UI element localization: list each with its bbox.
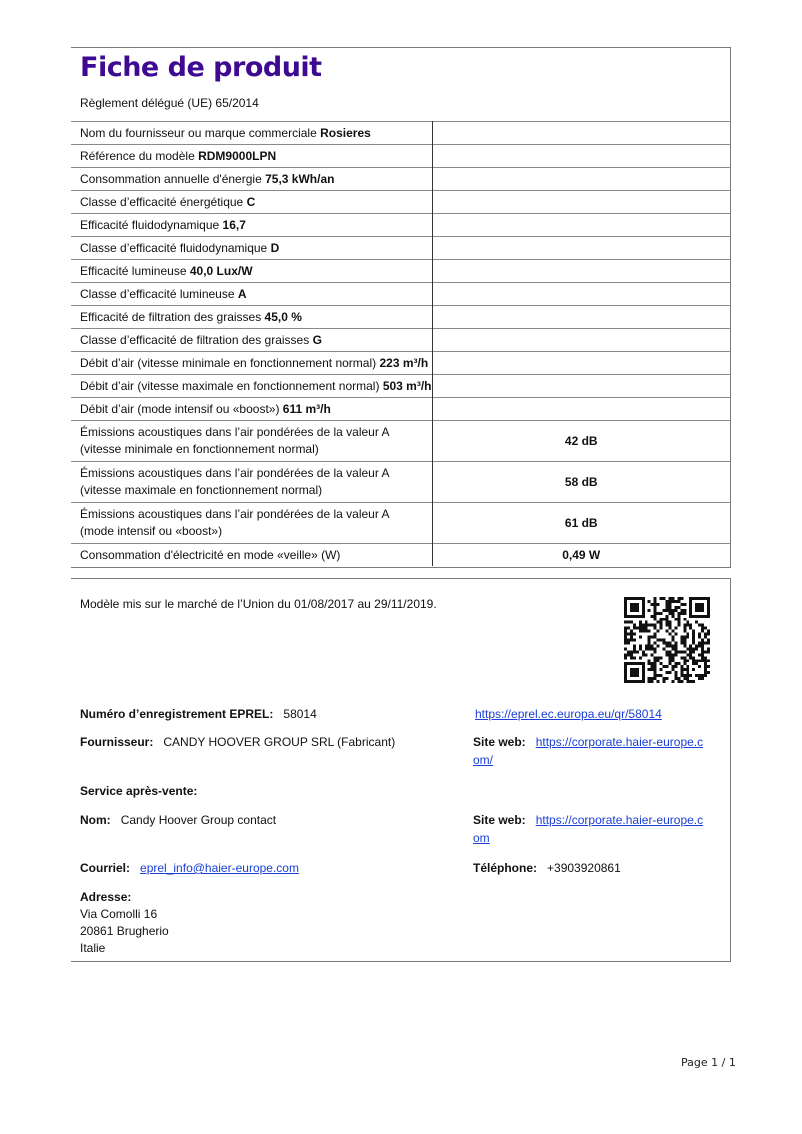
spec-row: Débit d’air (mode intensif ou «boost») 6… [71,398,730,421]
spec-row: Référence du modèle RDM9000LPN [71,145,730,168]
spec-label-cell: Débit d’air (mode intensif ou «boost») 6… [71,398,432,421]
spec-row: Efficacité fluidodynamique 16,7 [71,214,730,237]
spec-label-cell: Référence du modèle RDM9000LPN [71,145,432,168]
spec-label: Efficacité lumineuse [80,264,187,278]
spec-value: Rosieres [320,126,371,140]
standby-value: 0,49 W [432,544,730,567]
spec-empty-cell [432,145,730,168]
spec-label: Nom du fournisseur ou marque commerciale [80,126,317,140]
spec-value: 611 m³/h [283,402,331,416]
eprel-label: Numéro d’enregistrement EPREL: [80,707,273,721]
spec-empty-cell [432,398,730,421]
acoustic-label: Émissions acoustiques dans l’air pondéré… [80,506,432,523]
spec-row: Efficacité de filtration des graisses 45… [71,306,730,329]
acoustic-row: Émissions acoustiques dans l’air pondéré… [71,503,730,544]
service-site-link[interactable]: https://corporate.haier-europe.c [536,813,703,827]
spec-row: Débit d’air (vitesse maximale en fonctio… [71,375,730,398]
page-number: Page 1 / 1 [681,1056,736,1069]
service-heading: Service après-vente: [80,782,197,800]
spec-label: Débit d’air (mode intensif ou «boost») [80,402,279,416]
market-dates: Modèle mis sur le marché de l’Union du 0… [80,595,437,613]
spec-label-cell: Nom du fournisseur ou marque commerciale… [71,122,432,145]
service-site-label: Site web: [473,813,526,827]
service-site-link-cont[interactable]: om [473,831,490,845]
supplier-site-row: Site web: https://corporate.haier-europe… [473,733,723,769]
qr-code-icon [624,597,710,683]
spec-row: Classe d’efficacité fluidodynamique D [71,237,730,260]
spec-label: Débit d’air (vitesse minimale en fonctio… [80,356,376,370]
standby-label: Consommation d'électricité en mode «veil… [71,544,432,567]
spec-label-cell: Classe d’efficacité lumineuse A [71,283,432,306]
address-label: Adresse: [80,889,169,906]
spec-label: Débit d’air (vitesse maximale en fonctio… [80,379,379,393]
spec-row: Classe d’efficacité lumineuse A [71,283,730,306]
spec-label: Classe d’efficacité énergétique [80,195,243,209]
acoustic-value: 42 dB [432,421,730,462]
spec-label-cell: Débit d’air (vitesse maximale en fonctio… [71,375,432,398]
spec-row: Nom du fournisseur ou marque commerciale… [71,122,730,145]
spec-label-cell: Efficacité fluidodynamique 16,7 [71,214,432,237]
spec-table: Nom du fournisseur ou marque commerciale… [71,121,730,566]
spec-row: Efficacité lumineuse 40,0 Lux/W [71,260,730,283]
spec-empty-cell [432,237,730,260]
address-line: Via Comolli 16 [80,906,169,923]
address-line: Italie [80,940,169,957]
spec-empty-cell [432,168,730,191]
spec-label-cell: Efficacité de filtration des graisses 45… [71,306,432,329]
acoustic-label: Émissions acoustiques dans l’air pondéré… [80,465,432,482]
email-label: Courriel: [80,861,130,875]
acoustic-condition: (vitesse minimale en fonctionnement norm… [80,441,432,458]
supplier-label: Fournisseur: [80,735,153,749]
spec-value: 75,3 kWh/an [265,172,334,186]
supplier-value: CANDY HOOVER GROUP SRL (Fabricant) [163,735,395,749]
service-name-value: Candy Hoover Group contact [121,813,276,827]
spec-label-cell: Classe d’efficacité fluidodynamique D [71,237,432,260]
supplier-row: Fournisseur: CANDY HOOVER GROUP SRL (Fab… [80,733,395,751]
spec-empty-cell [432,375,730,398]
supplier-site-label: Site web: [473,735,526,749]
acoustic-condition: (vitesse maximale en fonctionnement norm… [80,482,432,499]
spec-label: Consommation annuelle d'énergie [80,172,262,186]
spec-value: 503 m³/h [383,379,432,393]
service-name-row: Nom: Candy Hoover Group contact [80,811,276,829]
spec-value: 45,0 % [265,310,302,324]
acoustic-row: Émissions acoustiques dans l’air pondéré… [71,421,730,462]
spec-empty-cell [432,191,730,214]
spec-empty-cell [432,283,730,306]
eprel-row: Numéro d’enregistrement EPREL: 58014 [80,705,317,723]
spec-label-cell: Consommation annuelle d'énergie 75,3 kWh… [71,168,432,191]
spec-label: Classe d’efficacité fluidodynamique [80,241,267,255]
acoustic-value: 58 dB [432,462,730,503]
spec-row: Classe d’efficacité énergétique C [71,191,730,214]
phone-label: Téléphone: [473,861,537,875]
phone-value: +3903920861 [547,861,621,875]
email-link[interactable]: eprel_info@haier-europe.com [140,861,299,875]
spec-label-cell: Classe d’efficacité énergétique C [71,191,432,214]
spec-empty-cell [432,329,730,352]
spec-label-cell: Efficacité lumineuse 40,0 Lux/W [71,260,432,283]
spec-value: 40,0 Lux/W [190,264,253,278]
spec-label: Efficacité fluidodynamique [80,218,219,232]
acoustic-label-cell: Émissions acoustiques dans l’air pondéré… [71,421,432,462]
acoustic-row: Émissions acoustiques dans l’air pondéré… [71,462,730,503]
page-title: Fiche de produit [80,52,322,83]
spec-label: Classe d’efficacité lumineuse [80,287,235,301]
spec-label: Référence du modèle [80,149,195,163]
acoustic-label: Émissions acoustiques dans l’air pondéré… [80,424,432,441]
phone-row: Téléphone: +3903920861 [473,859,621,877]
spec-label: Classe d’efficacité de filtration des gr… [80,333,309,347]
acoustic-label-cell: Émissions acoustiques dans l’air pondéré… [71,462,432,503]
regulation-subtitle: Règlement délégué (UE) 65/2014 [80,96,259,110]
email-row: Courriel: eprel_info@haier-europe.com [80,859,299,877]
spec-empty-cell [432,214,730,237]
eprel-link[interactable]: https://eprel.ec.europa.eu/qr/58014 [475,707,662,721]
spec-value: RDM9000LPN [198,149,276,163]
spec-empty-cell [432,306,730,329]
spec-value: D [271,241,280,255]
spec-value: A [238,287,247,301]
spec-label-cell: Classe d’efficacité de filtration des gr… [71,329,432,352]
acoustic-label-cell: Émissions acoustiques dans l’air pondéré… [71,503,432,544]
spec-value: C [247,195,256,209]
acoustic-value: 61 dB [432,503,730,544]
standby-row: Consommation d'électricité en mode «veil… [71,544,730,567]
supplier-site-link[interactable]: https://corporate.haier-europe.c [536,735,703,749]
spec-empty-cell [432,352,730,375]
spec-value: G [313,333,322,347]
spec-label: Efficacité de filtration des graisses [80,310,261,324]
spec-empty-cell [432,260,730,283]
spec-value: 223 m³/h [379,356,428,370]
spec-row: Débit d’air (vitesse minimale en fonctio… [71,352,730,375]
spec-row: Classe d’efficacité de filtration des gr… [71,329,730,352]
product-sheet-section: Fiche de produit Règlement délégué (UE) … [71,47,731,568]
spec-row: Consommation annuelle d'énergie 75,3 kWh… [71,168,730,191]
spec-label-cell: Débit d’air (vitesse minimale en fonctio… [71,352,432,375]
service-name-label: Nom: [80,813,111,827]
acoustic-condition: (mode intensif ou «boost») [80,523,432,540]
address-block: Adresse: Via Comolli 16 20861 Brugherio … [80,889,169,957]
address-line: 20861 Brugherio [80,923,169,940]
spec-empty-cell [432,122,730,145]
eprel-number: 58014 [283,707,316,721]
registration-section: Modèle mis sur le marché de l’Union du 0… [71,578,731,962]
spec-value: 16,7 [223,218,246,232]
supplier-site-link-cont[interactable]: om/ [473,753,493,767]
service-site-row: Site web: https://corporate.haier-europe… [473,811,723,847]
